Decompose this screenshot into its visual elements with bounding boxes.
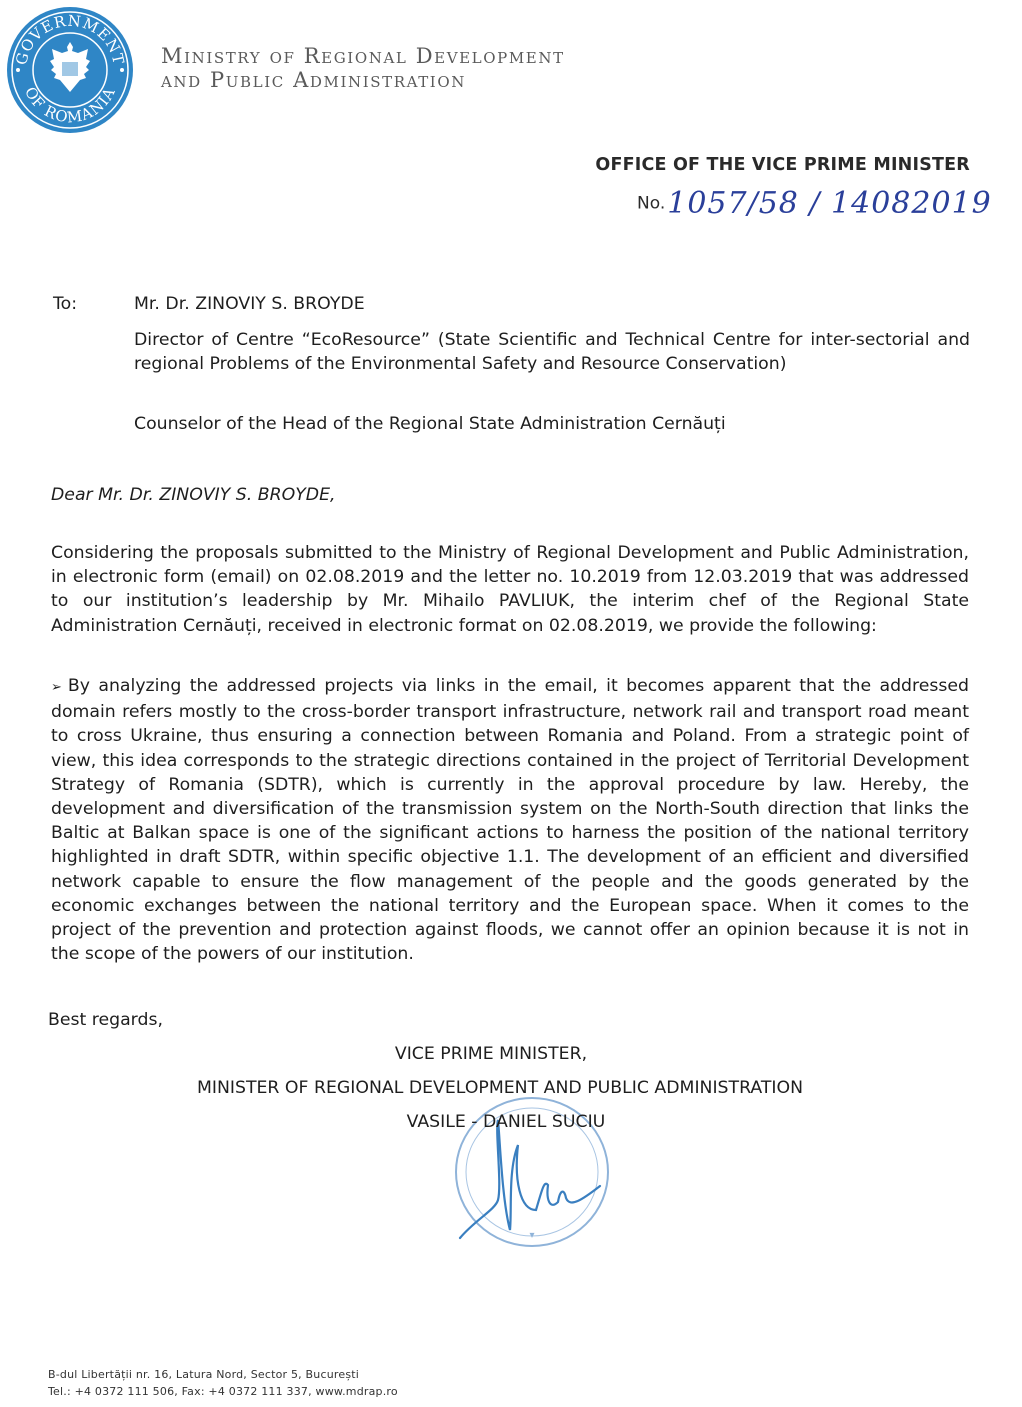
recipient-counselor-role: Counselor of the Head of the Regional St… [134, 412, 726, 436]
closing: Best regards, [48, 1008, 163, 1032]
bullet-paragraph: ➢By analyzing the addressed projects via… [51, 674, 969, 966]
arrow-bullet-icon: ➢ [51, 680, 62, 695]
office-heading: OFFICE OF THE VICE PRIME MINISTER [595, 155, 970, 175]
bullet-paragraph-text: By analyzing the addressed projects via … [51, 676, 969, 964]
signatory-ministry: MINISTER OF REGIONAL DEVELOPMENT AND PUB… [0, 1076, 1000, 1100]
registration-label: No. [637, 194, 665, 214]
recipient-name: Mr. Dr. ZINOVIY S. BROYDE [134, 292, 365, 316]
salutation: Dear Mr. Dr. ZINOVIY S. BROYDE, [51, 483, 335, 507]
footer-address: B-dul Libertății nr. 16, Latura Nord, Se… [48, 1368, 359, 1381]
government-seal-icon: GOVERNMENT OF ROMANIA [4, 4, 136, 136]
signatory-position: VICE PRIME MINISTER, [0, 1042, 982, 1066]
ministry-name-line-1: Ministry of Regional Development [161, 44, 565, 68]
registration-number: No.1057/58 / 14082019 [637, 186, 992, 221]
recipient-label: To: [53, 292, 77, 316]
signatory-name: VASILE - DANIEL SUCIU [0, 1110, 1012, 1134]
ministry-name-line-2: and Public Administration [161, 68, 466, 92]
intro-paragraph: Considering the proposals submitted to t… [51, 541, 969, 638]
registration-handwritten-value: 1057/58 / 14082019 [667, 186, 992, 221]
svg-text:▾: ▾ [529, 1230, 534, 1241]
recipient-title: Director of Centre “EcoResource” (State … [134, 328, 970, 376]
footer-contact: Tel.: +4 0372 111 506, Fax: +4 0372 111 … [48, 1385, 398, 1398]
handwritten-signature-icon [460, 1120, 600, 1238]
